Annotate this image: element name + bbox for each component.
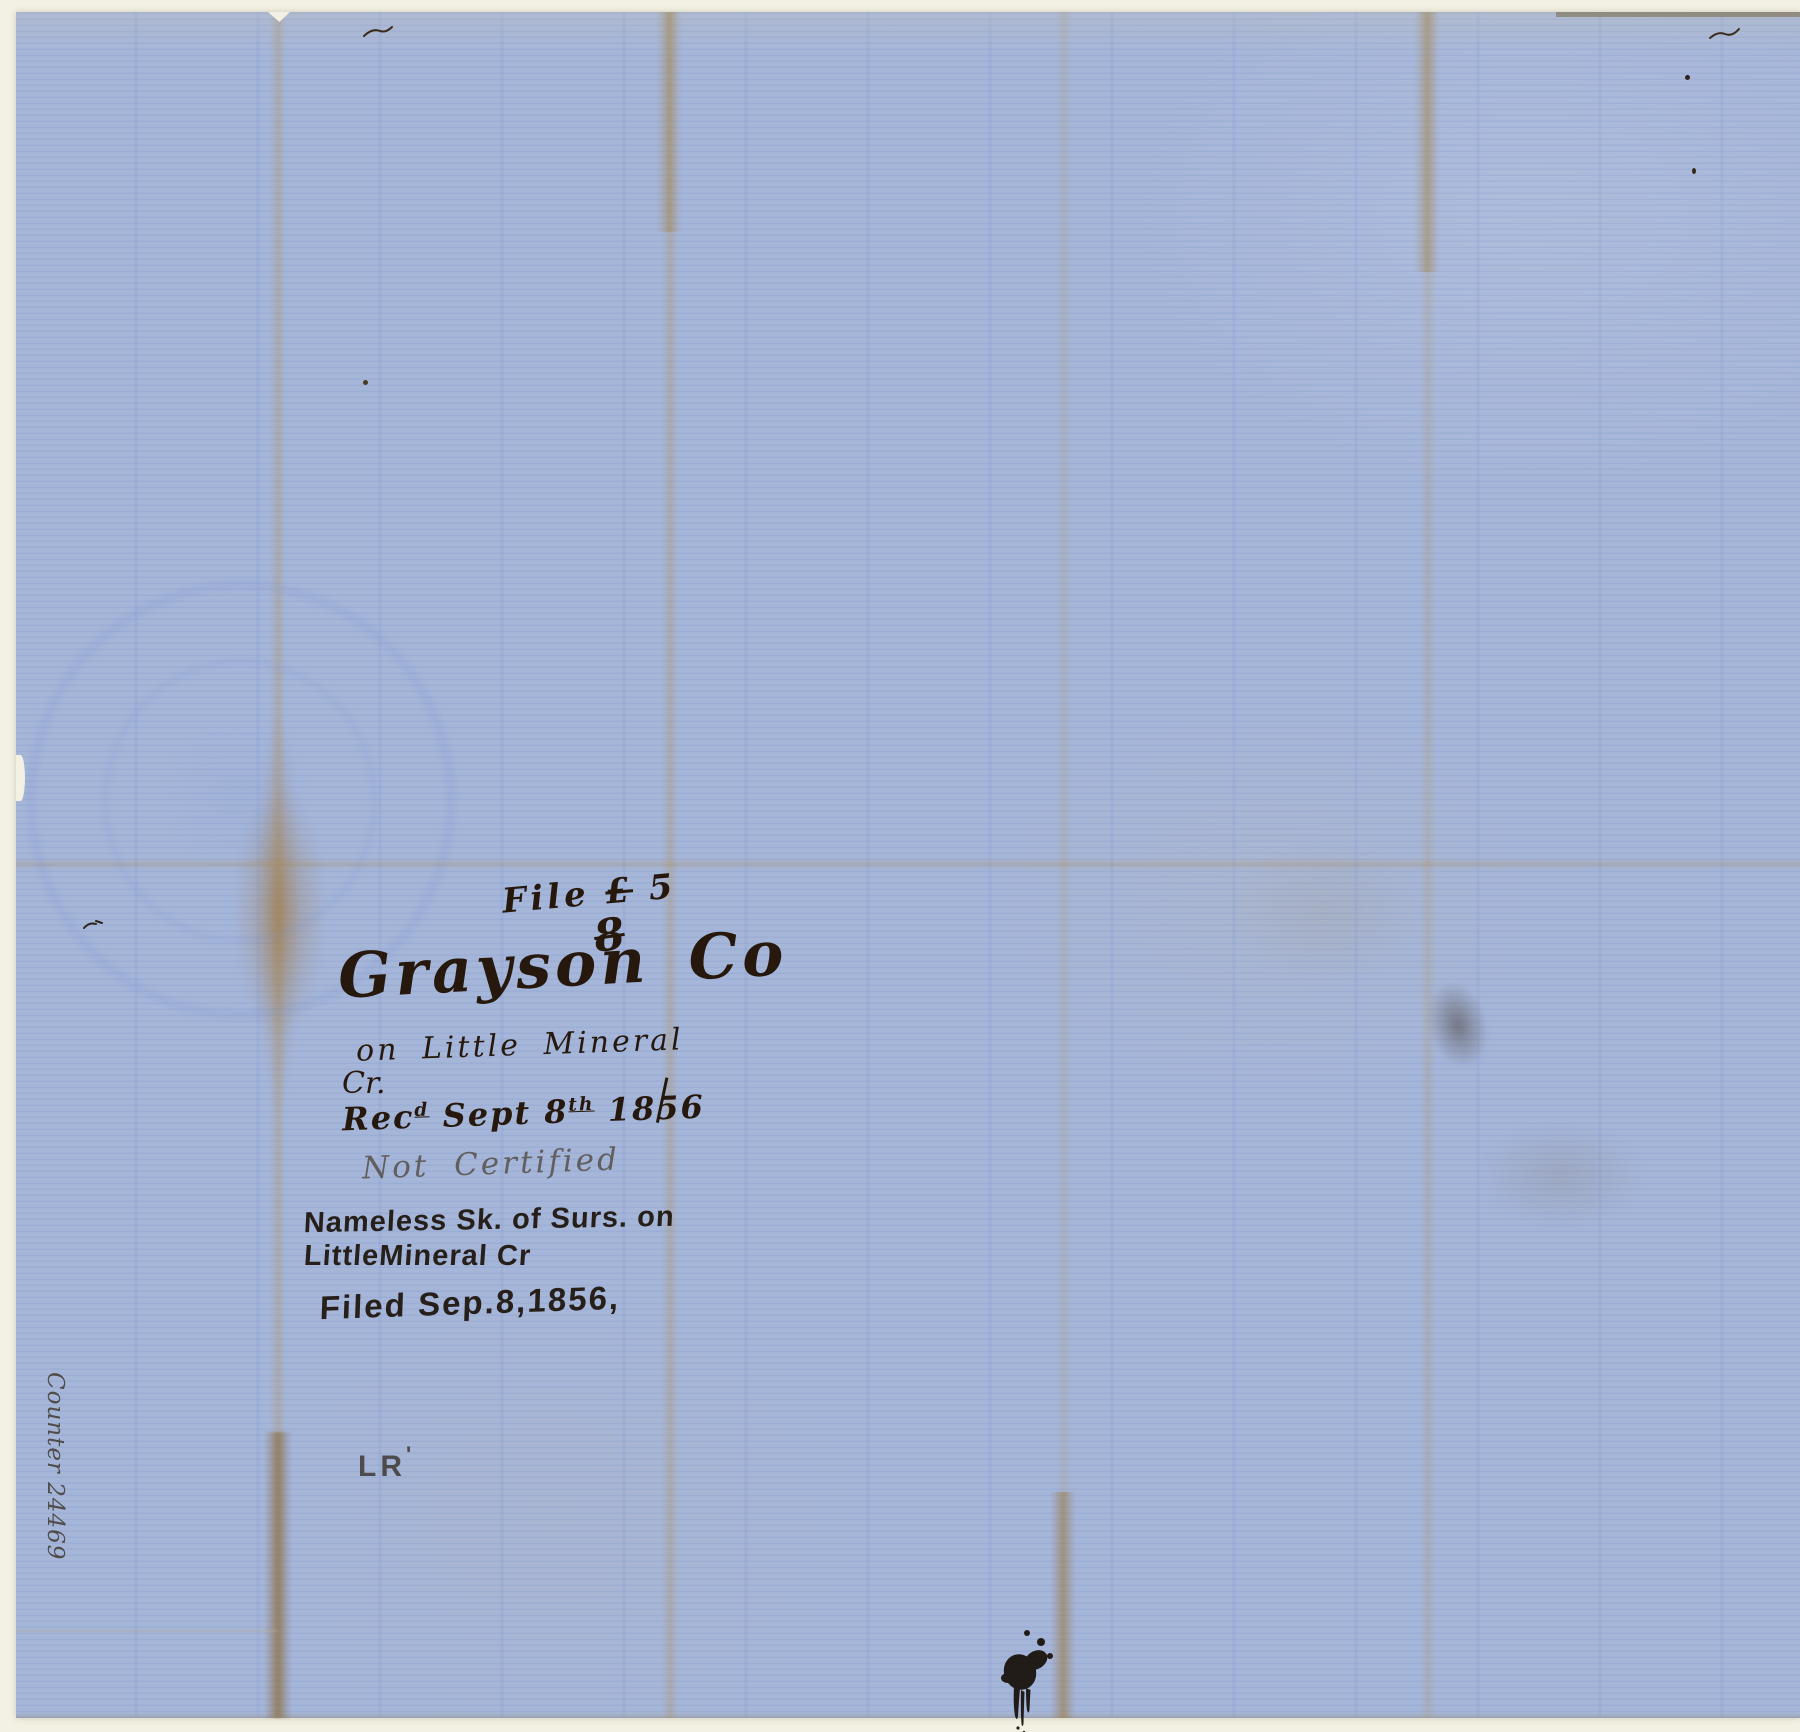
received-prefix: Rec: [341, 1098, 415, 1139]
creek-location-line-1: on Little Mineral: [355, 1022, 684, 1068]
paper-bottom-edge: [16, 1712, 1800, 1718]
not-certified-note: Not Certified: [361, 1142, 620, 1187]
initials-mark: LR': [358, 1442, 415, 1484]
vertical-fold-line-4: [1420, 12, 1436, 1718]
filing-note-line-1: Nameless Sk. of Surs. on: [303, 1201, 676, 1240]
initials-text: LR: [358, 1450, 406, 1483]
received-year: 1856: [607, 1088, 705, 1129]
paper-edge-notch-top: [268, 12, 290, 22]
received-date-line: Recd Sept 8th 1856: [341, 1088, 705, 1139]
paper-top-edge: [1556, 12, 1800, 17]
dark-smudge: [1417, 974, 1498, 1076]
pen-flick-top-right: [1708, 26, 1744, 42]
faint-stain-center-right: [1226, 842, 1426, 982]
file-number-value: 5: [647, 866, 678, 908]
paper-speck: [363, 380, 368, 385]
fold-stain-bottom-center: [1050, 1492, 1076, 1718]
paper-top-fade: [16, 12, 1800, 54]
horizontal-fold-line: [16, 858, 1800, 870]
paper-edge-notch-left: [16, 755, 25, 801]
embossed-seal-center: [156, 712, 316, 882]
county-title: Grayson Co: [336, 916, 789, 1012]
filing-note-line-2: LittleMineral Cr: [303, 1240, 532, 1273]
file-number-symbol: £: [604, 870, 635, 912]
scan-background: { "annotations": { "file_label": "File",…: [0, 0, 1800, 1732]
received-month-day: Sept 8: [429, 1092, 569, 1135]
vertical-fold-line-3: [1056, 12, 1072, 1718]
paper-speck: [1692, 168, 1696, 174]
vertical-fold-line-2: [662, 12, 678, 1718]
received-prefix-superscript: d: [414, 1100, 430, 1122]
vertical-fold-line-1: [270, 12, 286, 1718]
received-day-superscript: th: [568, 1094, 595, 1116]
initials-tick: ': [406, 1442, 415, 1467]
scan-area: File £ 5 8 Grayson Co on Little Mineral …: [0, 0, 1800, 1732]
fold-intersection-stain: [232, 782, 328, 1042]
file-label-text: File: [501, 874, 592, 921]
ink-blot: [978, 1616, 1078, 1732]
paper-speck: [1685, 75, 1690, 80]
fold-stain-top-center: [656, 12, 682, 232]
counter-number-label: Counter 24469: [32, 1372, 68, 1550]
fold-stain-bottom-left: [264, 1432, 292, 1718]
file-number-annotation: File £ 5: [501, 866, 678, 921]
faint-smudge-right: [1476, 1120, 1646, 1230]
creek-location-line-2: Cr.: [342, 1066, 386, 1101]
small-pen-mark: [82, 918, 108, 932]
horizontal-crease-left: [16, 1628, 278, 1634]
fold-stain-middle-left: [256, 712, 300, 1112]
filed-date-line: Filed Sep.8,1856,: [319, 1279, 621, 1327]
embossed-seal-inner-ring: [102, 658, 378, 944]
fold-stain-top-right: [1414, 12, 1440, 272]
document-paper: File £ 5 8 Grayson Co on Little Mineral …: [16, 12, 1800, 1718]
pen-flick-top-left: [362, 24, 398, 40]
